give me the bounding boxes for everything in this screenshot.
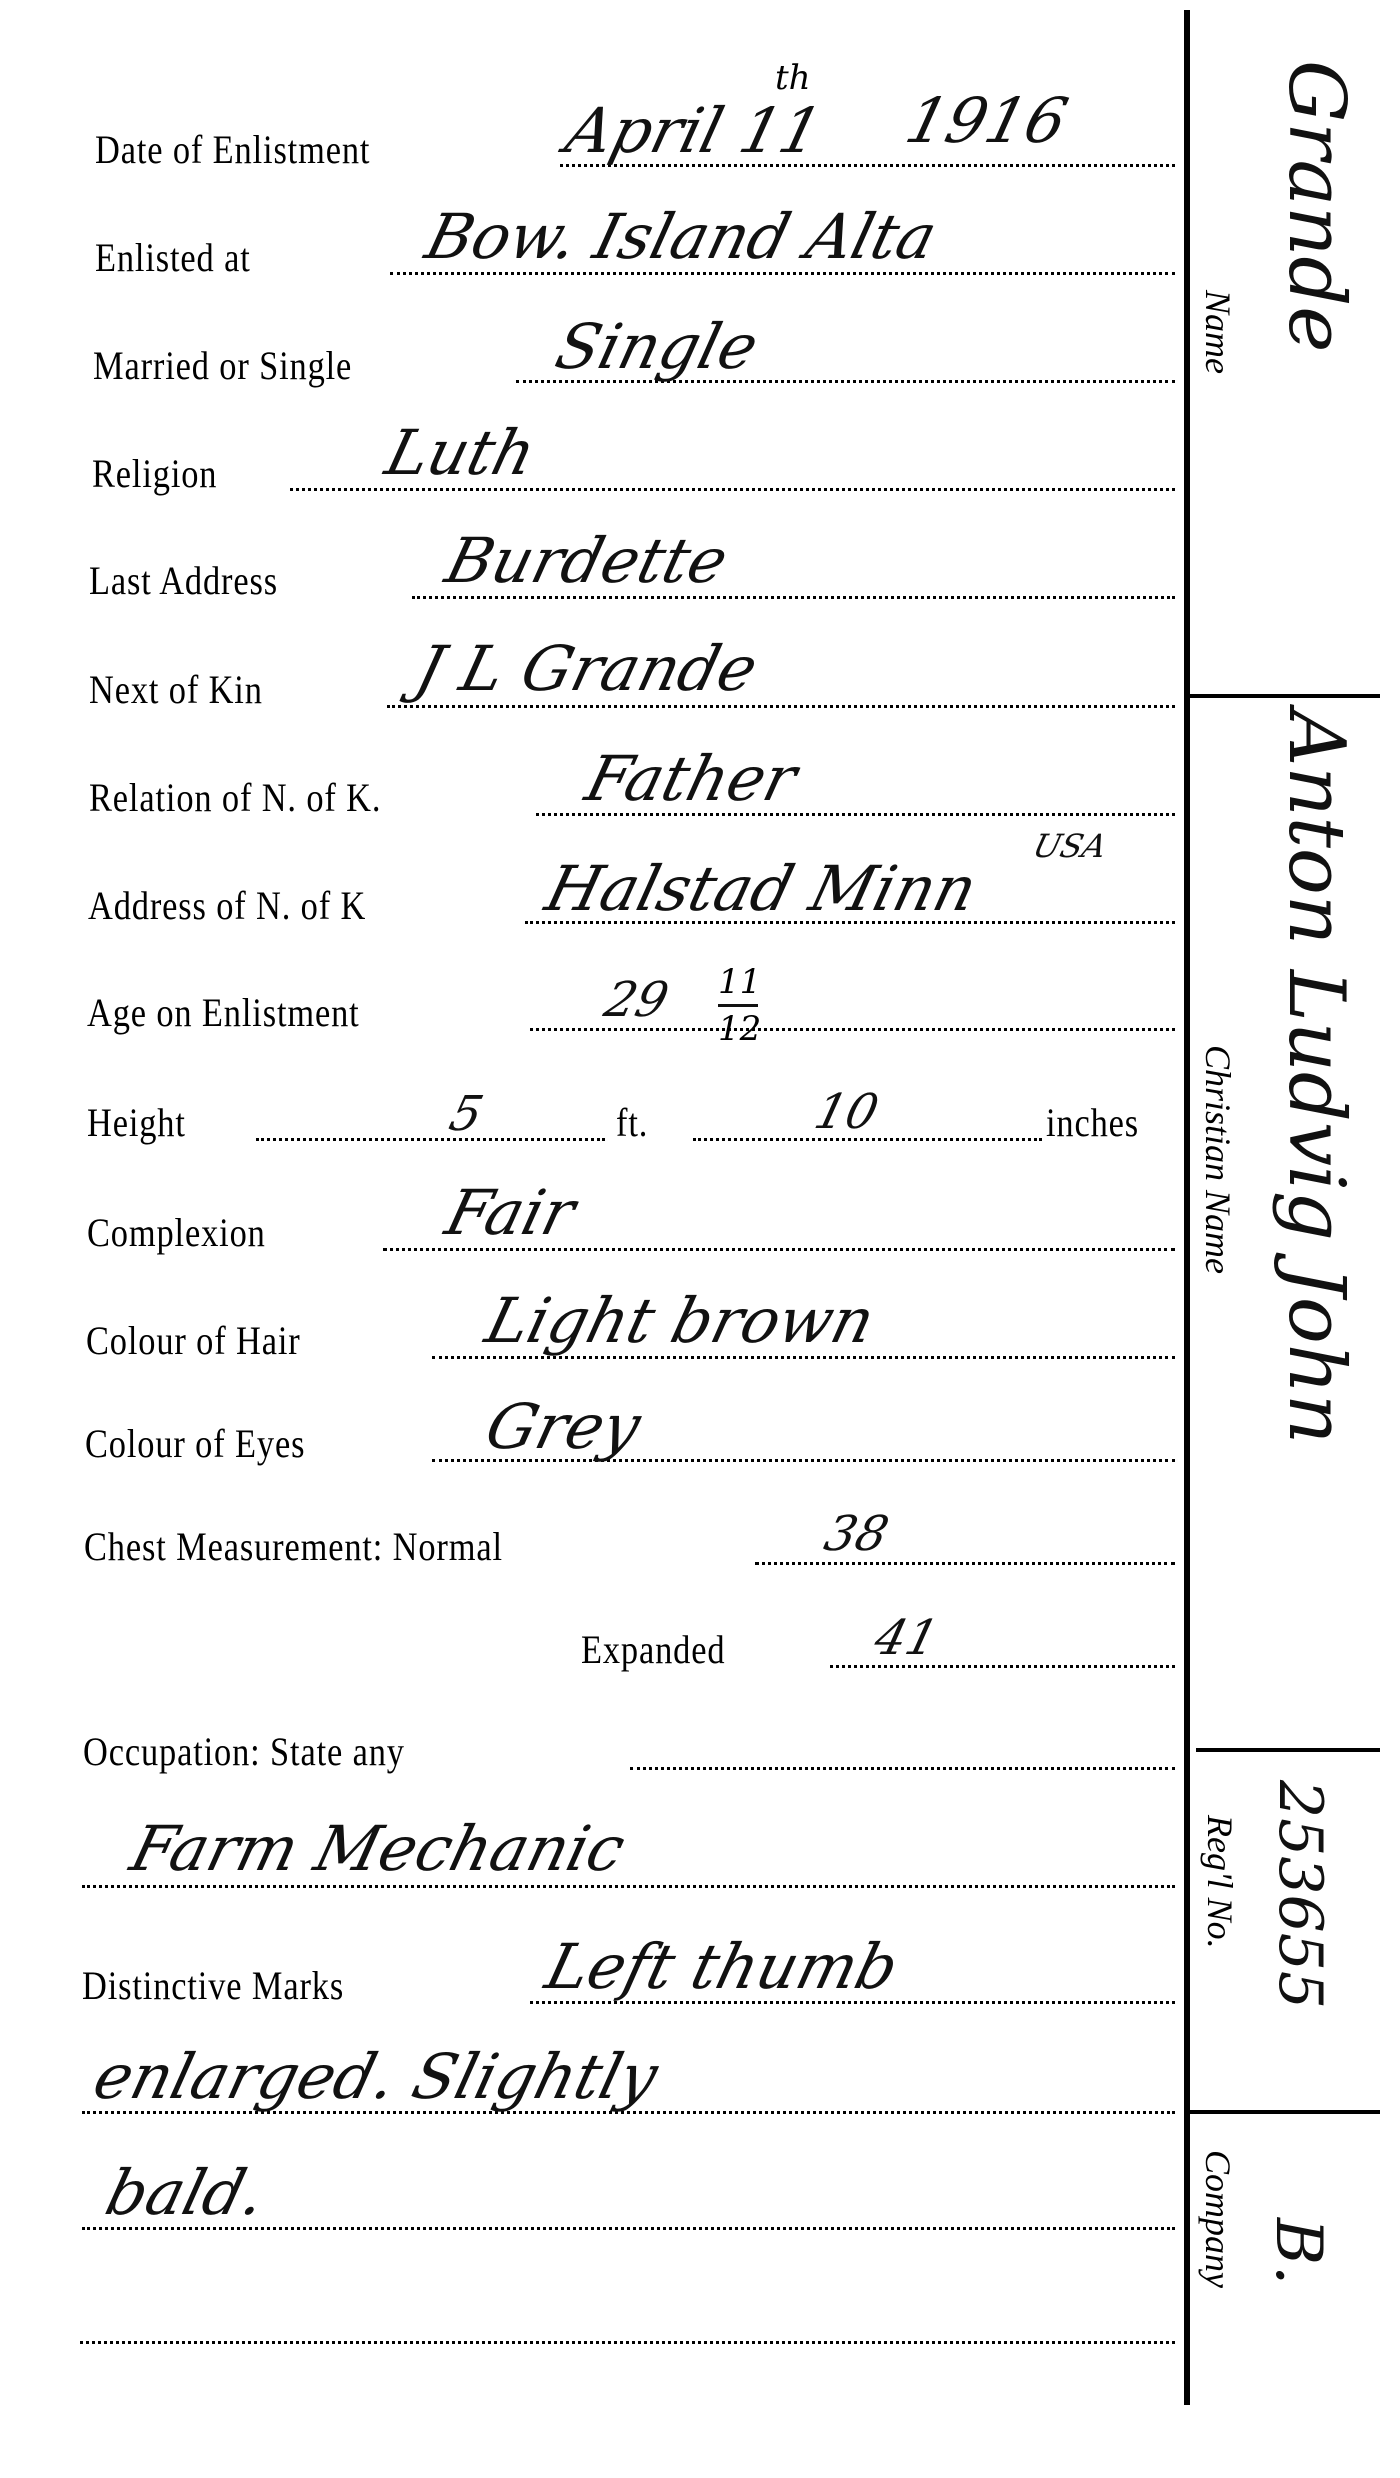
value-height-inches: 10 xyxy=(810,1088,883,1136)
label-last-address: Last Address xyxy=(89,561,278,601)
dotted-line xyxy=(755,1562,1175,1565)
label-date-of-enlistment: Date of Enlistment xyxy=(95,130,370,170)
value-height-feet: 5 xyxy=(445,1090,488,1138)
value-distinctive-marks-line2: enlarged. Slightly xyxy=(88,2046,664,2108)
value-address-note: USA xyxy=(1030,830,1110,862)
value-christian-name: Anton Ludvig John xyxy=(1277,710,1355,1444)
value-religion: Luth xyxy=(380,422,541,484)
value-occupation: Farm Mechanic xyxy=(125,1818,631,1880)
label-height: Height xyxy=(87,1103,186,1143)
dotted-line xyxy=(82,1885,1175,1888)
value-distinctive-marks-line1: Left thumb xyxy=(540,1936,904,1998)
label-chest-normal: Chest Measurement: Normal xyxy=(84,1527,503,1567)
label-inches: inches xyxy=(1046,1103,1139,1143)
dotted-line xyxy=(387,705,1175,708)
dotted-line xyxy=(80,2341,1175,2344)
value-age-fraction: 11 12 xyxy=(718,962,758,1049)
dotted-line xyxy=(530,1028,1175,1031)
value-chest-expanded: 41 xyxy=(870,1614,943,1662)
label-company: Company xyxy=(1200,2150,1236,2288)
value-next-of-kin: J L Grande xyxy=(410,638,763,700)
value-date-of-enlistment: April 11 xyxy=(560,100,828,162)
value-complexion: Fair xyxy=(440,1182,581,1244)
label-relation-of-nok: Relation of N. of K. xyxy=(89,778,381,818)
value-name: Grande xyxy=(1277,60,1355,352)
value-colour-of-eyes: Grey xyxy=(480,1396,646,1458)
label-address-of-nok: Address of N. of K xyxy=(88,886,366,926)
section-divider xyxy=(1190,694,1380,698)
value-last-address: Burdette xyxy=(440,530,733,592)
value-chest-normal: 38 xyxy=(820,1510,893,1558)
label-complexion: Complexion xyxy=(87,1213,266,1253)
label-name: Name xyxy=(1200,290,1236,374)
section-divider xyxy=(1190,2110,1380,2114)
value-company: B. xyxy=(1266,2218,1330,2285)
fraction-bar xyxy=(718,1004,758,1007)
label-occupation: Occupation: State any xyxy=(83,1732,405,1772)
value-age: 29 xyxy=(600,976,673,1024)
value-address-of-nok: Halstad Minn xyxy=(540,858,983,920)
fraction-denominator: 12 xyxy=(718,1009,761,1049)
vertical-divider xyxy=(1184,10,1190,2405)
label-age-on-enlistment: Age on Enlistment xyxy=(87,993,360,1033)
fraction-numerator: 11 xyxy=(718,962,761,1002)
label-colour-of-eyes: Colour of Eyes xyxy=(85,1424,305,1464)
label-christian-name: Christian Name xyxy=(1200,1045,1236,1274)
label-regimental-number: Reg'l No. xyxy=(1202,1815,1238,1949)
value-regimental-number: 253655 xyxy=(1270,1780,1330,2009)
label-next-of-kin: Next of Kin xyxy=(89,670,263,710)
value-date-suffix: th xyxy=(775,58,811,98)
label-religion: Religion xyxy=(92,454,217,494)
value-distinctive-marks-line3: bald. xyxy=(100,2162,271,2224)
value-relation-of-nok: Father xyxy=(580,748,802,810)
value-date-year: 1916 xyxy=(900,90,1073,152)
label-married-or-single: Married or Single xyxy=(93,346,352,386)
value-married-or-single: Single xyxy=(550,316,764,378)
section-divider xyxy=(1196,1748,1380,1752)
label-chest-expanded: Expanded xyxy=(581,1630,725,1670)
dotted-line xyxy=(256,1138,605,1141)
dotted-line xyxy=(630,1767,1175,1770)
label-enlisted-at: Enlisted at xyxy=(95,238,251,278)
value-colour-of-hair: Light brown xyxy=(480,1290,880,1352)
label-feet: ft. xyxy=(616,1103,648,1143)
label-distinctive-marks: Distinctive Marks xyxy=(82,1966,344,2006)
value-enlisted-at: Bow. Island Alta xyxy=(420,206,942,268)
label-colour-of-hair: Colour of Hair xyxy=(86,1321,301,1361)
